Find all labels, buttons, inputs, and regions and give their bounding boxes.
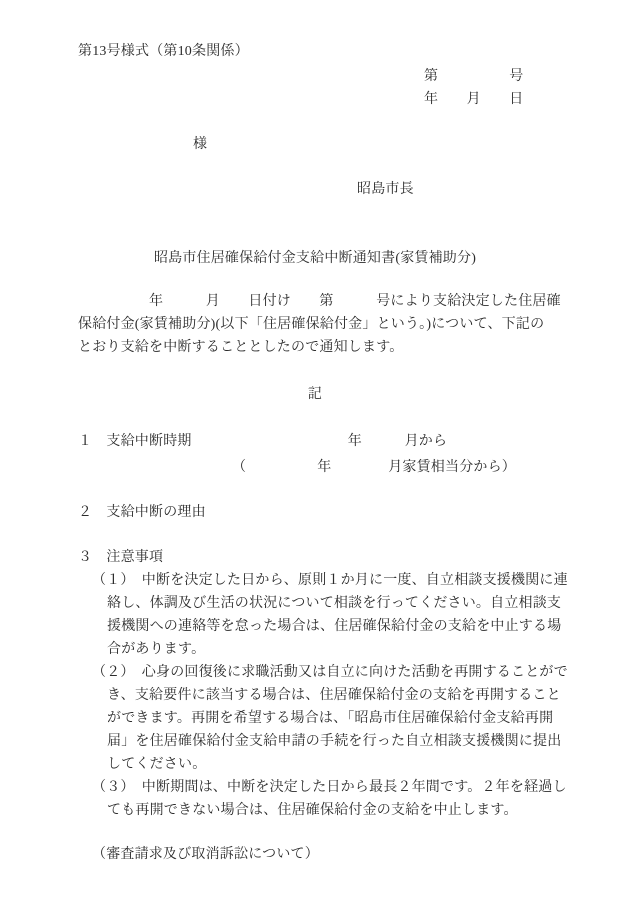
footer-appeal-note: （審査請求及び取消訴訟について） bbox=[92, 845, 319, 865]
item3-cautions-heading: ３ 注意事項 bbox=[78, 548, 163, 568]
note3-line: ても再開できない場合は、住居確保給付金の支給を中止します。 bbox=[107, 801, 518, 821]
item1-rent-equivalent-line: （ 年 月家賃相当分から） bbox=[232, 458, 516, 478]
document-title: 昭島市住居確保給付金支給中断通知書(家賃補助分) bbox=[0, 249, 630, 269]
note1-line: （１） 中断を決定した日から、原則１か月に一度、自立相談支援機関に連 bbox=[92, 571, 568, 591]
sender-mayor: 昭島市長 bbox=[357, 180, 414, 200]
body-paragraph-line: とおり支給を中断することとしたので通知します。 bbox=[78, 338, 403, 358]
notice-page: 第13号様式（第10条関係） 第 号 年 月 日 様 昭島市長 昭島市住居確保給… bbox=[0, 0, 630, 903]
note2-line: き、支給要件に該当する場合は、住居確保給付金の支給を再開すること bbox=[107, 686, 561, 706]
body-paragraph-line: 年 月 日付け 第 号により支給決定した住居確 bbox=[78, 292, 561, 312]
form-number: 第13号様式（第10条関係） bbox=[78, 42, 249, 62]
addressee-honorific: 様 bbox=[193, 135, 207, 155]
note2-line: してください。 bbox=[107, 755, 206, 775]
note2-line: （２） 心身の回復後に求職活動又は自立に向けた活動を再開することがで bbox=[92, 663, 568, 683]
body-paragraph-line: 保給付金(家賃補助分)(以下「住居確保給付金」という。)について、下記の bbox=[78, 315, 544, 335]
note2-line: ができます。再開を希望する場合は、「昭島市住居確保給付金支給再開 bbox=[107, 709, 553, 729]
issue-date-line: 年 月 日 bbox=[424, 90, 523, 110]
note1-line: 絡し、体調及び生活の状況について相談を行ってください。自立相談支 bbox=[107, 594, 561, 614]
note1-line: 援機関への連絡等を怠った場合は、住居確保給付金の支給を中止する場 bbox=[107, 617, 561, 637]
item1-suspension-period: １ 支給中断時期 年 月から bbox=[78, 432, 447, 452]
item2-suspension-reason: ２ 支給中断の理由 bbox=[78, 503, 206, 523]
note3-line: （３） 中断期間は、中断を決定した日から最長２年間です。２年を経過し bbox=[92, 778, 567, 798]
record-heading: 記 bbox=[0, 385, 630, 405]
doc-number-line: 第 号 bbox=[424, 67, 523, 87]
note2-line: 届」を住居確保給付金支給申請の手続を行った自立相談支援機関に提出 bbox=[107, 732, 561, 752]
note1-line: 合があります。 bbox=[107, 640, 205, 660]
